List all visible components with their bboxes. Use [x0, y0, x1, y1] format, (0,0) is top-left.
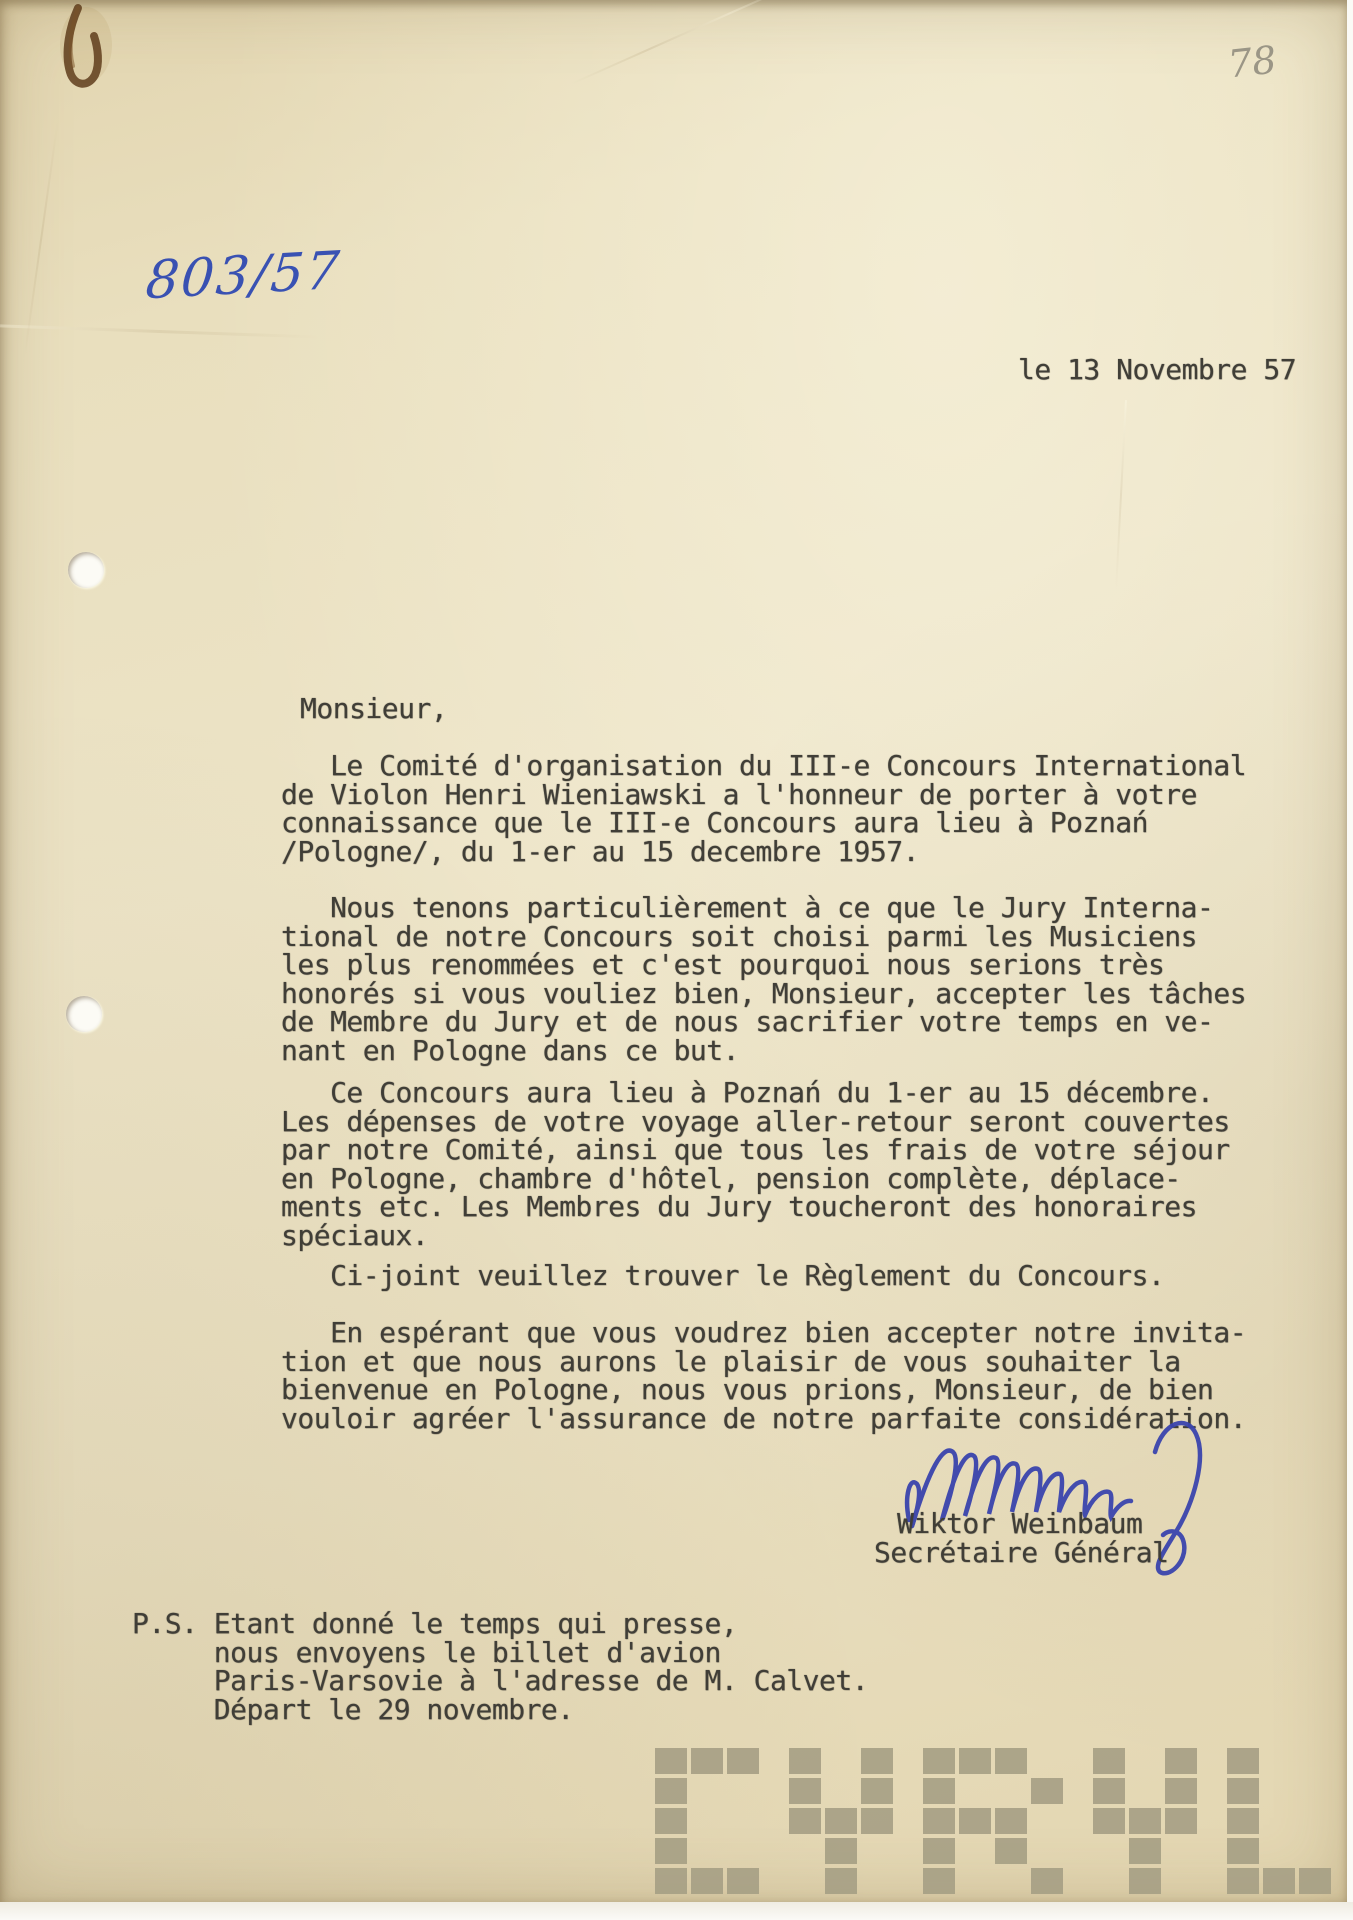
watermark-cell [1299, 1748, 1331, 1774]
watermark-cell [727, 1808, 759, 1834]
watermark-cell [923, 1778, 955, 1804]
punch-hole [66, 996, 102, 1032]
signatory-title: Secrétaire Général [874, 1539, 1168, 1568]
paragraph-2: Nous tenons particulièrement à ce que le… [281, 894, 1246, 1065]
watermark-cell [959, 1838, 991, 1864]
watermark-cell [825, 1838, 857, 1864]
watermark-cell [1093, 1748, 1125, 1774]
watermark-cell [825, 1748, 857, 1774]
watermark-cell [995, 1868, 1027, 1894]
watermark-cell [1031, 1868, 1063, 1894]
watermark-cell [959, 1868, 991, 1894]
watermark-cell [1227, 1838, 1259, 1864]
ink-stain [48, 0, 138, 110]
watermark-cell [861, 1808, 893, 1834]
watermark-cell [1129, 1778, 1161, 1804]
signatory-name: Wiktor Weinbaum [897, 1510, 1142, 1539]
cyryl-watermark [655, 1748, 1353, 1894]
watermark-cell [923, 1748, 955, 1774]
page-number-pencil: 78 [1226, 38, 1279, 87]
watermark-cell [1093, 1838, 1125, 1864]
scanned-letter-page: { "letter": { "archive_number": "803/57"… [0, 0, 1353, 1920]
watermark-cell [995, 1808, 1027, 1834]
watermark-letter [1227, 1748, 1331, 1894]
watermark-cell [655, 1778, 687, 1804]
watermark-cell [1129, 1868, 1161, 1894]
watermark-cell [995, 1838, 1027, 1864]
watermark-cell [1165, 1868, 1197, 1894]
watermark-letter [789, 1748, 893, 1894]
archive-number-handwritten: 803/57 [143, 241, 343, 312]
watermark-letter [1093, 1748, 1197, 1894]
watermark-cell [825, 1808, 857, 1834]
watermark-cell [1165, 1748, 1197, 1774]
watermark-cell [655, 1808, 687, 1834]
watermark-cell [923, 1868, 955, 1894]
watermark-cell [655, 1838, 687, 1864]
watermark-cell [727, 1778, 759, 1804]
watermark-cell [995, 1778, 1027, 1804]
watermark-cell [789, 1838, 821, 1864]
watermark-cell [1263, 1748, 1295, 1774]
watermark-cell [655, 1748, 687, 1774]
watermark-cell [1165, 1838, 1197, 1864]
watermark-letter [655, 1748, 759, 1894]
watermark-cell [825, 1868, 857, 1894]
watermark-cell [1299, 1838, 1331, 1864]
watermark-cell [789, 1778, 821, 1804]
watermark-cell [691, 1778, 723, 1804]
watermark-cell [1227, 1748, 1259, 1774]
watermark-cell [861, 1778, 893, 1804]
watermark-cell [1263, 1868, 1295, 1894]
watermark-cell [1129, 1838, 1161, 1864]
watermark-cell [1129, 1808, 1161, 1834]
paragraph-3: Ce Concours aura lieu à Poznań du 1-er a… [281, 1079, 1230, 1250]
watermark-cell [691, 1808, 723, 1834]
watermark-cell [825, 1778, 857, 1804]
watermark-cell [655, 1868, 687, 1894]
watermark-cell [1093, 1778, 1125, 1804]
watermark-cell [1165, 1778, 1197, 1804]
watermark-cell [1031, 1748, 1063, 1774]
watermark-cell [727, 1838, 759, 1864]
enclosure-line: Ci-joint veuillez trouver le Règlement d… [281, 1262, 1164, 1291]
watermark-cell [1031, 1808, 1063, 1834]
watermark-cell [727, 1748, 759, 1774]
watermark-cell [1093, 1868, 1125, 1894]
postscript: P.S. Etant donné le temps qui presse, no… [132, 1610, 868, 1724]
watermark-cell [1129, 1748, 1161, 1774]
watermark-cell [1031, 1838, 1063, 1864]
watermark-cell [1227, 1778, 1259, 1804]
salutation: Monsieur, [300, 695, 447, 724]
punch-hole [68, 552, 104, 588]
watermark-cell [959, 1748, 991, 1774]
watermark-cell [1227, 1808, 1259, 1834]
watermark-cell [1263, 1778, 1295, 1804]
watermark-cell [1263, 1838, 1295, 1864]
watermark-cell [861, 1868, 893, 1894]
watermark-cell [691, 1748, 723, 1774]
scan-edge [1347, 0, 1353, 1920]
watermark-cell [995, 1748, 1027, 1774]
watermark-cell [923, 1808, 955, 1834]
watermark-cell [691, 1838, 723, 1864]
watermark-cell [923, 1838, 955, 1864]
watermark-cell [1299, 1778, 1331, 1804]
watermark-cell [1299, 1808, 1331, 1834]
watermark-cell [1263, 1808, 1295, 1834]
watermark-cell [959, 1778, 991, 1804]
watermark-cell [789, 1748, 821, 1774]
scan-edge [0, 1902, 1353, 1920]
watermark-cell [1165, 1808, 1197, 1834]
watermark-cell [691, 1868, 723, 1894]
watermark-cell [789, 1808, 821, 1834]
watermark-cell [727, 1868, 759, 1894]
watermark-cell [861, 1748, 893, 1774]
date-line: le 13 Novembre 57 [1018, 356, 1296, 385]
watermark-cell [1031, 1778, 1063, 1804]
watermark-letter [923, 1748, 1063, 1894]
watermark-cell [789, 1868, 821, 1894]
watermark-cell [861, 1838, 893, 1864]
paragraph-1: Le Comité d'organisation du III-e Concou… [281, 752, 1246, 866]
watermark-cell [959, 1808, 991, 1834]
watermark-cell [1227, 1868, 1259, 1894]
watermark-cell [1093, 1808, 1125, 1834]
watermark-cell [1299, 1868, 1331, 1894]
